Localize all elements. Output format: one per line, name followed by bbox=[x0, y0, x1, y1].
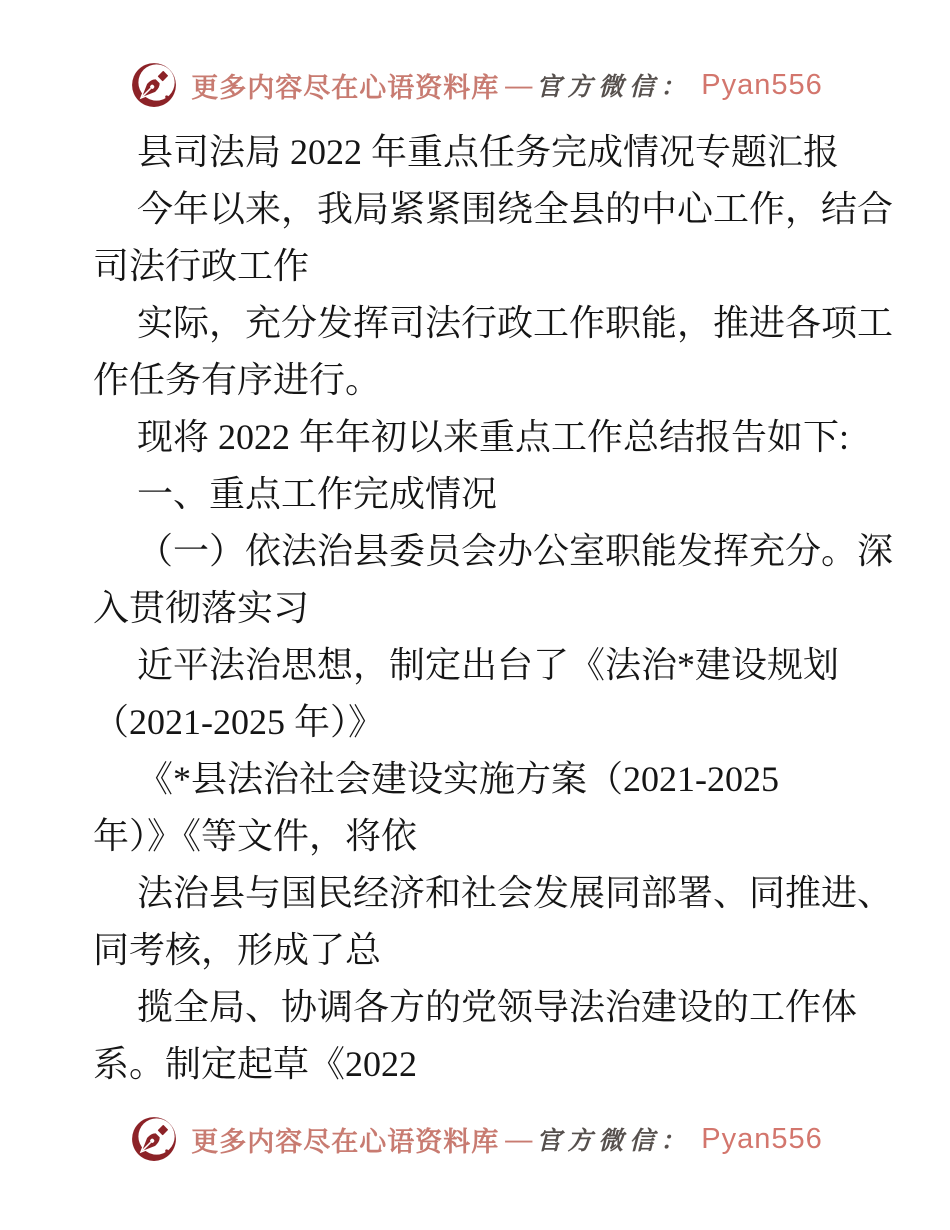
doc-line: 《*县法治社会建设实施方案（2021-2025 bbox=[93, 751, 865, 808]
watermark-wechat-label: 官方微信： bbox=[536, 1121, 691, 1157]
pen-nib-logo-icon bbox=[127, 58, 181, 112]
watermark-wechat-account: Pyan556 bbox=[701, 69, 823, 102]
doc-line: 入贯彻落实习 bbox=[93, 580, 865, 637]
watermark-brand-text: 更多内容尽在心语资料库 bbox=[191, 66, 499, 105]
doc-line: （一）依法治县委员会办公室职能发挥充分。深 bbox=[93, 523, 865, 580]
header-watermark: 更多内容尽在心语资料库 — 官方微信： Pyan556 bbox=[0, 58, 950, 112]
doc-line: 司法行政工作 bbox=[93, 238, 865, 295]
watermark-wechat-label: 官方微信： bbox=[536, 67, 691, 103]
doc-line: 年）》《等文件，将依 bbox=[93, 808, 865, 865]
doc-line: 揽全局、协调各方的党领导法治建设的工作体 bbox=[93, 979, 865, 1036]
document-body: 县司法局 2022 年重点任务完成情况专题汇报 今年以来，我局紧紧围绕全县的中心… bbox=[93, 124, 865, 1093]
watermark-dash: — bbox=[505, 70, 532, 101]
watermark-wechat-account: Pyan556 bbox=[701, 1123, 823, 1156]
doc-line: 法治县与国民经济和社会发展同部署、同推进、 bbox=[93, 865, 865, 922]
watermark-dash: — bbox=[505, 1124, 532, 1155]
document-title: 县司法局 2022 年重点任务完成情况专题汇报 bbox=[93, 124, 865, 181]
watermark-brand-text: 更多内容尽在心语资料库 bbox=[191, 1120, 499, 1159]
doc-line: 系。制定起草《2022 bbox=[93, 1036, 865, 1093]
doc-line: 今年以来，我局紧紧围绕全县的中心工作，结合 bbox=[93, 181, 865, 238]
doc-line: 作任务有序进行。 bbox=[93, 352, 865, 409]
doc-line: 现将 2022 年年初以来重点工作总结报告如下: bbox=[93, 409, 865, 466]
doc-line: 近平法治思想，制定出台了《法治*建设规划 bbox=[93, 637, 865, 694]
doc-line: 同考核，形成了总 bbox=[93, 922, 865, 979]
doc-line: 实际，充分发挥司法行政工作职能，推进各项工 bbox=[93, 295, 865, 352]
document-page: { "colors": { "brand": "#c87b71", "wecha… bbox=[0, 0, 950, 1230]
pen-nib-logo-icon bbox=[127, 1112, 181, 1166]
footer-watermark: 更多内容尽在心语资料库 — 官方微信： Pyan556 bbox=[0, 1112, 950, 1166]
doc-line: （2021-2025 年）》 bbox=[93, 694, 865, 751]
doc-section-heading: 一、重点工作完成情况 bbox=[93, 466, 865, 523]
